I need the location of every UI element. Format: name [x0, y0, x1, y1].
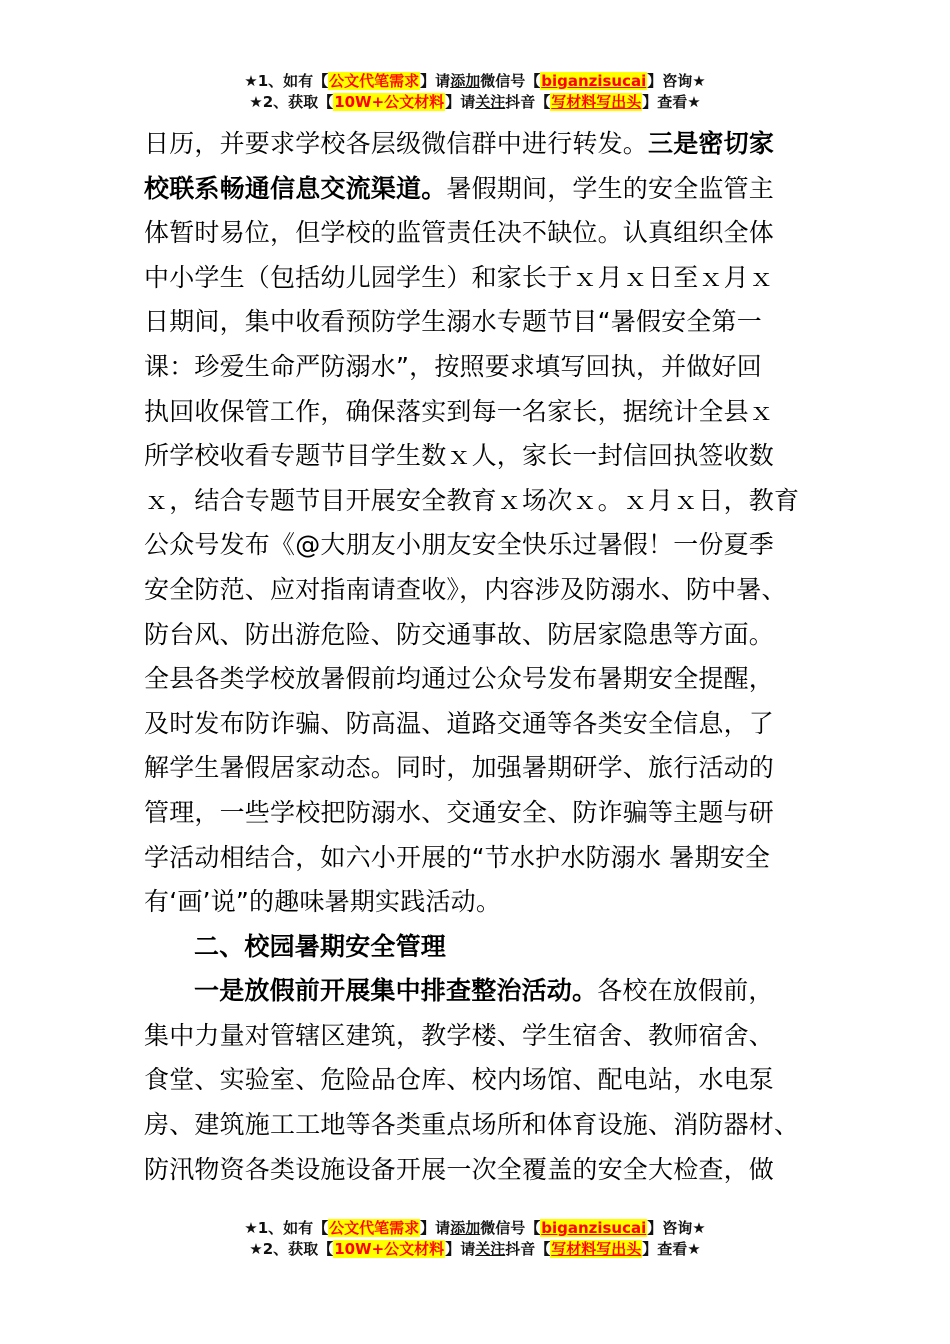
bold-lead-phrase: 一是放假前开展集中排查整治活动。 — [194, 976, 597, 1005]
section-heading: 二、校园暑期安全管理 — [144, 925, 804, 970]
text-line: 管理，一些学校把防溺水、交通安全、防诈骗等主题与研 — [144, 791, 804, 836]
promo-underlined-action: 关注 — [475, 93, 505, 111]
promo-highlight-materials: 10W+公文材料 — [333, 1240, 445, 1258]
header-promo-banner: ★1、如有【公文代笔需求】请添加微信号【biganzisucai】咨询★ ★2、… — [0, 71, 950, 113]
promo-text: ★2、获取【 — [249, 93, 333, 111]
footer-promo-banner: ★1、如有【公文代笔需求】请添加微信号【biganzisucai】咨询★ ★2、… — [0, 1218, 950, 1260]
promo-text: 】咨询★ — [647, 72, 705, 90]
bold-lead-phrase: 三是密切家 — [648, 129, 774, 158]
promo-text: ★1、如有【 — [244, 1219, 328, 1237]
text-line: 食堂、实验室、危险品仓库、校内场馆、配电站，水电泵 — [144, 1058, 804, 1103]
promo-highlight-service: 公文代笔需求 — [328, 1219, 420, 1237]
text-line: 房、建筑施工工地等各类重点场所和体育设施、消防器材、 — [144, 1103, 804, 1148]
promo-line-1: ★1、如有【公文代笔需求】请添加微信号【biganzisucai】咨询★ — [0, 71, 950, 92]
promo-line-2: ★2、获取【10W+公文材料】请关注抖音【写材料写出头】查看★ — [0, 1239, 950, 1260]
paragraph-pre-holiday-inspection: 一是放假前开展集中排查整治活动。各校在放假前， 集中力量对管辖区建筑，教学楼、学… — [144, 969, 804, 1192]
promo-underlined-action: 添加 — [450, 1219, 480, 1237]
text-line: 有‘画’说”的趣味暑期实践活动。 — [144, 880, 804, 925]
text-line: 中小学生（包括幼儿园学生）和家长于ｘ月ｘ日至ｘ月ｘ — [144, 256, 804, 301]
promo-text: 】咨询★ — [647, 1219, 705, 1237]
promo-text: 】查看★ — [642, 1240, 700, 1258]
text-line: 公众号发布《@大朋友小朋友安全快乐过暑假！一份夏季 — [144, 523, 804, 568]
text-line: 及时发布防诈骗、防高温、道路交通等各类安全信息，了 — [144, 702, 804, 747]
promo-douyin-account: 写材料写出头 — [550, 93, 642, 111]
promo-text: 微信号【 — [480, 1219, 540, 1237]
text-line: 日历，并要求学校各层级微信群中进行转发。三是密切家 — [144, 122, 804, 167]
promo-wechat-id: biganzisucai — [540, 1219, 647, 1237]
text-line: 日期间，集中收看预防学生溺水专题节目“暑假安全第一 — [144, 300, 804, 345]
text-line: 体暂时易位，但学校的监管责任决不缺位。认真组织全体 — [144, 211, 804, 256]
text-line: 所学校收看专题节目学生数ｘ人，家长一封信回执签收数 — [144, 434, 804, 479]
text-line: 执回收保管工作，确保落实到每一名家长，据统计全县ｘ — [144, 390, 804, 435]
text-line: 安全防范、应对指南请查收》，内容涉及防溺水、防中暑、 — [144, 568, 804, 613]
text-line: 全县各类学校放暑假前均通过公众号发布暑期安全提醒， — [144, 657, 804, 702]
text-line: 校联系畅通信息交流渠道。暑假期间，学生的安全监管主 — [144, 167, 804, 212]
text-line: 学活动相结合，如六小开展的“节水护水防溺水 暑期安全 — [144, 836, 804, 881]
text-line: 解学生暑假居家动态。同时，加强暑期研学、旅行活动的 — [144, 746, 804, 791]
text-line: 防汛物资各类设施设备开展一次全覆盖的安全大检查，做 — [144, 1148, 804, 1193]
text-line: 课：珍爱生命严防溺水”，按照要求填写回执，并做好回 — [144, 345, 804, 390]
promo-text: 微信号【 — [480, 72, 540, 90]
text-line: ｘ，结合专题节目开展安全教育ｘ场次ｘ。ｘ月ｘ日，教育 — [144, 479, 804, 524]
promo-line-1: ★1、如有【公文代笔需求】请添加微信号【biganzisucai】咨询★ — [0, 1218, 950, 1239]
promo-highlight-service: 公文代笔需求 — [328, 72, 420, 90]
text-line: 一是放假前开展集中排查整治活动。各校在放假前， — [144, 969, 804, 1014]
text-run: 各校在放假前， — [597, 976, 773, 1005]
promo-underlined-action: 添加 — [450, 72, 480, 90]
promo-text: 】请 — [445, 1240, 475, 1258]
text-run: 暑假期间，学生的安全监管主 — [446, 174, 774, 203]
text-line: 防台风、防出游危险、防交通事故、防居家隐患等方面。 — [144, 613, 804, 658]
document-body: 日历，并要求学校各层级微信群中进行转发。三是密切家 校联系畅通信息交流渠道。暑假… — [144, 122, 804, 1192]
promo-underlined-action: 关注 — [475, 1240, 505, 1258]
text-run: 日历，并要求学校各层级微信群中进行转发。 — [144, 129, 648, 158]
text-line: 集中力量对管辖区建筑，教学楼、学生宿舍、教师宿舍、 — [144, 1014, 804, 1059]
promo-text: ★2、获取【 — [249, 1240, 333, 1258]
promo-text: 抖音【 — [505, 1240, 550, 1258]
promo-text: 】请 — [420, 1219, 450, 1237]
promo-text: ★1、如有【 — [244, 72, 328, 90]
promo-text: 】请 — [445, 93, 475, 111]
paragraph-home-school-contact: 日历，并要求学校各层级微信群中进行转发。三是密切家 校联系畅通信息交流渠道。暑假… — [144, 122, 804, 925]
section-heading-campus-summer-safety: 二、校园暑期安全管理 — [144, 925, 804, 970]
promo-line-2: ★2、获取【10W+公文材料】请关注抖音【写材料写出头】查看★ — [0, 92, 950, 113]
bold-lead-phrase: 校联系畅通信息交流渠道。 — [144, 174, 446, 203]
promo-text: 】请 — [420, 72, 450, 90]
promo-douyin-account: 写材料写出头 — [550, 1240, 642, 1258]
promo-text: 抖音【 — [505, 93, 550, 111]
promo-text: 】查看★ — [642, 93, 700, 111]
promo-highlight-materials: 10W+公文材料 — [333, 93, 445, 111]
promo-wechat-id: biganzisucai — [540, 72, 647, 90]
